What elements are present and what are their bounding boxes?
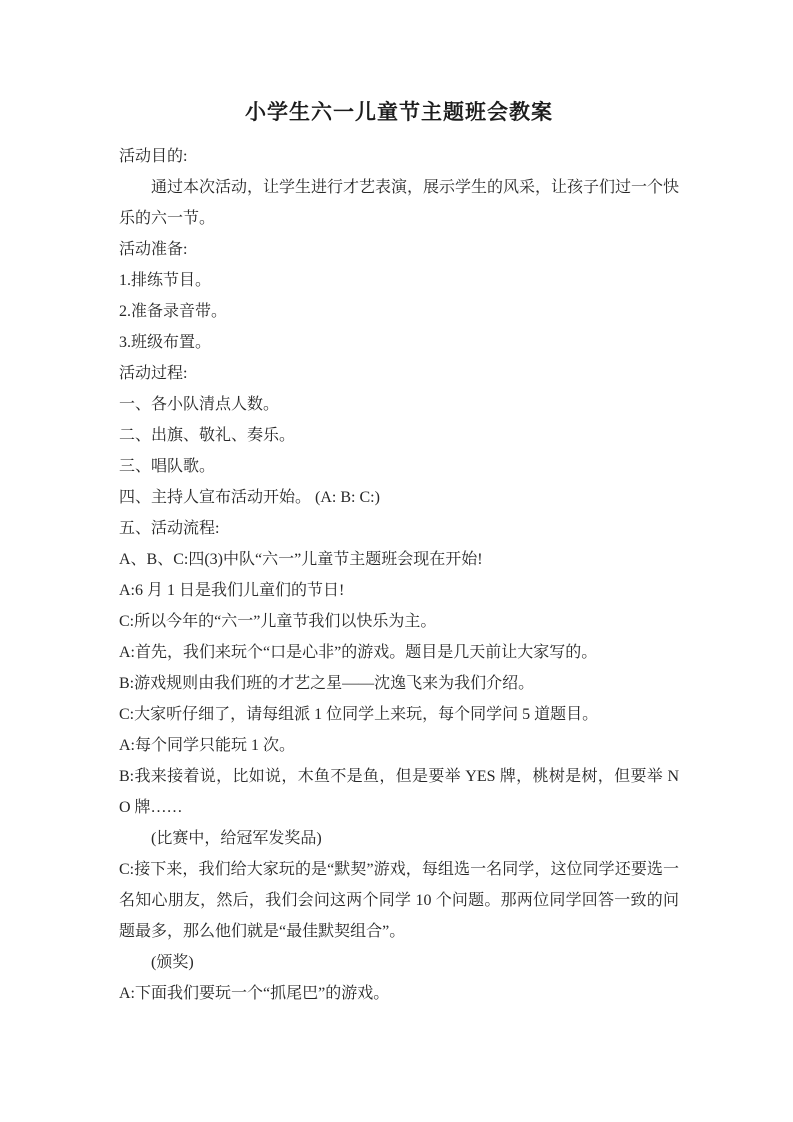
paragraph: 2.准备录音带。 xyxy=(119,296,679,327)
paragraph: 一、各小队清点人数。 xyxy=(119,389,679,420)
paragraph: 活动过程: xyxy=(119,358,679,389)
paragraph: A、B、C:四(3)中队“六一”儿童节主题班会现在开始! xyxy=(119,544,679,575)
paragraph: 活动目的: xyxy=(119,141,679,172)
paragraph: C:大家听仔细了，请每组派 1 位同学上来玩，每个同学问 5 道题目。 xyxy=(119,699,679,730)
paragraph: C:接下来，我们给大家玩的是“默契”游戏，每组选一名同学，这位同学还要选一名知心… xyxy=(119,854,679,947)
paragraph: A:首先，我们来玩个“口是心非”的游戏。题目是几天前让大家写的。 xyxy=(119,637,679,668)
paragraph: B:我来接着说，比如说，木鱼不是鱼，但是要举 YES 牌，桃树是树，但要举 NO… xyxy=(119,761,679,823)
paragraph: 二、出旗、敬礼、奏乐。 xyxy=(119,420,679,451)
paragraph: 四、主持人宣布活动开始。 (A: B: C:) xyxy=(119,482,679,513)
paragraph: 活动准备: xyxy=(119,234,679,265)
document-body: 活动目的:通过本次活动，让学生进行才艺表演，展示学生的风采，让孩子们过一个快乐的… xyxy=(119,141,679,1009)
paragraph: A:下面我们要玩一个“抓尾巴”的游戏。 xyxy=(119,978,679,1009)
paragraph: B:游戏规则由我们班的才艺之星——沈逸飞来为我们介绍。 xyxy=(119,668,679,699)
paragraph: 三、唱队歌。 xyxy=(119,451,679,482)
paragraph: 通过本次活动，让学生进行才艺表演，展示学生的风采，让孩子们过一个快乐的六一节。 xyxy=(119,172,679,234)
paragraph: 1.排练节目。 xyxy=(119,265,679,296)
paragraph: (颁奖) xyxy=(119,947,679,978)
paragraph: C:所以今年的“六一”儿童节我们以快乐为主。 xyxy=(119,606,679,637)
document-page: 小学生六一儿童节主题班会教案 活动目的:通过本次活动，让学生进行才艺表演，展示学… xyxy=(0,0,793,1122)
paragraph: A:6 月 1 日是我们儿童们的节日! xyxy=(119,575,679,606)
paragraph: A:每个同学只能玩 1 次。 xyxy=(119,730,679,761)
paragraph: (比赛中，给冠军发奖品) xyxy=(119,823,679,854)
document-title: 小学生六一儿童节主题班会教案 xyxy=(119,97,679,128)
paragraph: 3.班级布置。 xyxy=(119,327,679,358)
paragraph: 五、活动流程: xyxy=(119,513,679,544)
